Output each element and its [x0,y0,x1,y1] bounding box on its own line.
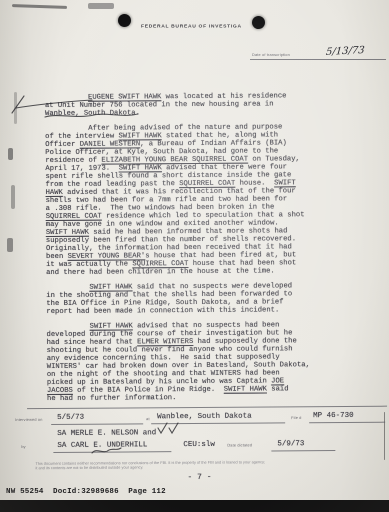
disclaimer-text: This document contains neither recommend… [35,460,387,471]
report-body: EUGENE SWIFT HAWK was located at his res… [45,92,379,410]
file-number-label: File # [291,416,301,420]
file-number-line [309,422,385,424]
agent-name-line [53,451,171,453]
date-dictated-label: Date dictated [227,444,252,448]
interviewed-on-label: Interviewed on [15,418,42,422]
dictated-date-line [271,450,335,451]
agent-name-2: SA CARL E. UNDERHILL [57,441,147,450]
interview-location: Wanblee, South Dakota [157,413,252,422]
agent-name-1: SA MERLE E. NELSON and [57,429,156,438]
scanned-document-page: FEDERAL BUREAU OF INVESTIGA Date of tran… [0,0,389,512]
body-paragraph: After being advised of the nature and pu… [45,123,378,277]
interview-date-line [51,423,143,425]
interview-date: 5/5/73 [57,414,84,422]
file-number: MP 46-730 [313,412,354,420]
dictated-date: 5/9/73 [277,440,304,448]
body-paragraph: SWIFT HAWK advised that no suspects had … [46,321,379,403]
page-number: - 7 - [188,473,212,482]
body-paragraph: SWIFT HAWK said that no suspects were de… [46,282,378,316]
bottom-bar [0,500,389,512]
at-label: at [146,417,150,421]
archive-stamp: NW 55254 DocId:32989686 Page 112 [6,488,166,496]
by-label: by [21,445,25,449]
body-paragraph: EUGENE SWIFT HAWK was located at his res… [45,92,377,118]
typist-initials: CEU:slw [183,441,215,449]
interview-location-line [151,422,285,424]
